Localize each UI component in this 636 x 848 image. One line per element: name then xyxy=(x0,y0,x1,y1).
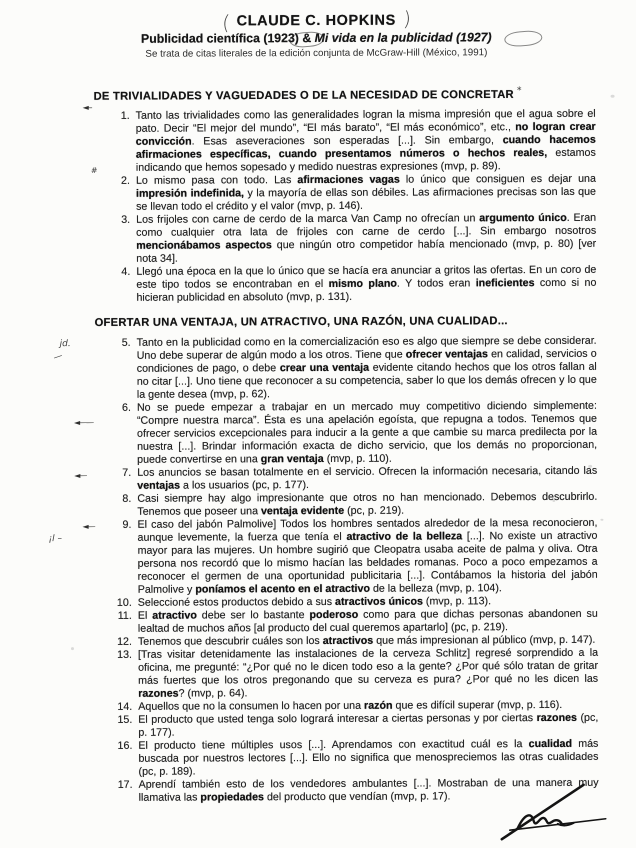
item-number: 15. xyxy=(101,714,138,740)
subtitle-work-2: Mi vida en la publicidad (1927) xyxy=(315,30,492,45)
item-number: 6. xyxy=(100,402,137,467)
quote-item: 6.No se puede empezar a trabajar en un m… xyxy=(0,399,636,467)
quote-item: 13.[Tras visitar detenidamente las insta… xyxy=(1,646,636,701)
quote-list: 1.Tanto las trivialidades como las gener… xyxy=(0,107,635,305)
item-number: 10. xyxy=(101,597,138,610)
item-text: El producto que usted tenga solo logrará… xyxy=(138,711,636,739)
document-header: CLAUDE C. HOPKINS Publicidad científica … xyxy=(0,0,634,61)
item-text: No se puede empezar a trabajar en un mer… xyxy=(137,399,636,466)
item-number: 5. xyxy=(100,337,137,402)
item-text: Tanto las trivialidades como las general… xyxy=(136,107,635,174)
scan-speck xyxy=(552,499,555,502)
item-number: 1. xyxy=(99,110,136,175)
section-heading: DE TRIVIALIDADES Y VAGUEDADES O DE LA NE… xyxy=(94,85,595,103)
subtitle-work-1: Publicidad científica (1923) xyxy=(141,31,299,46)
scan-speck xyxy=(600,519,603,521)
quote-item: 8.Casi siempre hay algo impresionante qu… xyxy=(0,490,636,519)
scan-speck xyxy=(611,95,615,98)
item-number: 16. xyxy=(101,740,138,779)
quote-item: 1.Tanto las trivialidades como las gener… xyxy=(0,107,635,175)
item-text: El producto tiene múltiples usos [...]. … xyxy=(138,737,636,778)
quote-item: 11.El atractivo debe ser lo bastante pod… xyxy=(1,607,636,636)
item-text: El atractivo debe ser lo bastante podero… xyxy=(138,607,636,635)
quote-item: 16.El producto tiene múltiples usos [...… xyxy=(1,737,636,779)
page-content: CLAUDE C. HOPKINS Publicidad científica … xyxy=(0,0,636,848)
quote-item: 3.Los frijoles con carne de cerdo de la … xyxy=(0,211,635,266)
scan-speck xyxy=(588,465,592,468)
quote-item: 15.El producto que usted tenga solo logr… xyxy=(1,711,636,740)
quote-item: 4.Llegó una época en la que lo único que… xyxy=(0,263,635,305)
item-number: 17. xyxy=(102,779,139,805)
item-number: 8. xyxy=(100,493,137,519)
item-text: Llegó una época en la que lo único que s… xyxy=(136,263,635,304)
item-number: 3. xyxy=(99,214,136,266)
item-text: Casi siempre hay algo impresionante que … xyxy=(137,490,636,518)
sections: DE TRIVIALIDADES Y VAGUEDADES O DE LA NE… xyxy=(0,85,636,806)
item-text: Lo mismo pasa con todo. Las afirmaciones… xyxy=(136,172,635,213)
scan-speck xyxy=(558,431,561,433)
item-number: 4. xyxy=(99,266,136,305)
item-text: El caso del jabón Palmolive] Todos los h… xyxy=(137,516,636,596)
edition-note: Se trata de citas literales de la edició… xyxy=(0,47,634,62)
scan-speck xyxy=(71,647,74,650)
handwritten-signature xyxy=(488,781,616,844)
item-number: 11. xyxy=(101,610,138,636)
item-number: 2. xyxy=(99,175,136,214)
quote-item: 2.Lo mismo pasa con todo. Las afirmacion… xyxy=(0,172,635,214)
scanned-document-page: CLAUDE C. HOPKINS Publicidad científica … xyxy=(0,0,636,848)
handwritten-heading-mark: * xyxy=(514,86,522,96)
item-text: [Tras visitar detenidamente las instalac… xyxy=(138,646,636,700)
quote-item: 5.Tanto en la publicidad como en la come… xyxy=(0,334,636,402)
item-text: Los anuncios se basan totalmente en el s… xyxy=(137,464,636,492)
quote-item: 9.El caso del jabón Palmolive] Todos los… xyxy=(0,516,636,597)
item-number: 12. xyxy=(101,636,138,649)
item-number: 14. xyxy=(101,701,138,714)
item-text: Los frijoles con carne de cerdo de la ma… xyxy=(136,211,635,265)
section-heading: OFERTAR UNA VENTAJA, UN ATRACTIVO, UNA R… xyxy=(95,315,596,329)
quote-list: 5.Tanto en la publicidad como en la come… xyxy=(0,334,636,805)
item-number: 13. xyxy=(101,649,138,701)
item-text: Tanto en la publicidad como en la comerc… xyxy=(137,334,636,401)
quote-item: 7.Los anuncios se basan totalmente en el… xyxy=(0,464,636,493)
item-number: 9. xyxy=(100,519,137,597)
item-number: 7. xyxy=(100,467,137,493)
document-title: CLAUDE C. HOPKINS xyxy=(0,12,634,32)
